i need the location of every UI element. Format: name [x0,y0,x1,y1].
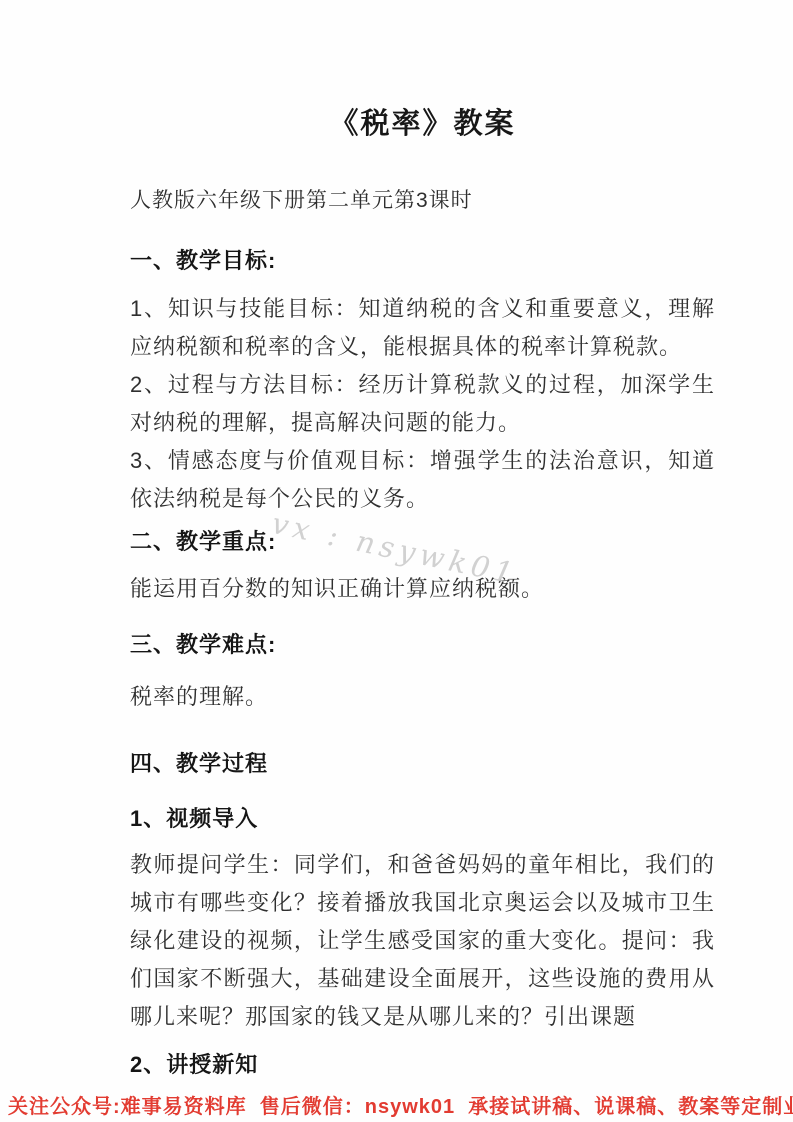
footer-promo-text: 关注公众号:难事易资料库 售后微信：nsywk01 承接试讲稿、说课稿、教案等定… [8,1095,793,1119]
paragraph-difficult-point: 税率的理解。 [130,678,715,716]
step-heading-new-knowledge: 2、讲授新知 [130,1052,715,1078]
paragraph-objective-knowledge-skill: 1、知识与技能目标：知道纳税的含义和重要意义，理解应纳税额和税率的含义，能根据具… [130,290,715,366]
step-heading-video-intro: 1、视频导入 [130,806,715,832]
paragraph-key-point: 能运用百分数的知识正确计算应纳税额。 [130,570,715,608]
paragraph-video-intro: 教师提问学生：同学们，和爸爸妈妈的童年相比，我们的城市有哪些变化？接着播放我国北… [130,846,715,1036]
paragraph-objective-process-method: 2、过程与方法目标：经历计算税款义的过程，加深学生对纳税的理解，提高解决问题的能… [130,366,715,442]
document-page: vx : nsywk01 《税率》教案 人教版六年级下册第二单元第3课时 一、教… [0,0,793,1122]
section-heading-teaching-objectives: 一、教学目标: [130,248,715,274]
page-title: 《税率》教案 [130,0,715,146]
section-heading-key-point: 二、教学重点: [130,529,715,555]
page-subtitle: 人教版六年级下册第二单元第3课时 [130,188,715,214]
paragraph-objective-emotion-value: 3、情感态度与价值观目标：增强学生的法治意识，知道依法纳税是每个公民的义务。 [130,442,715,518]
section-heading-teaching-process: 四、教学过程 [130,751,715,777]
section-heading-difficult-point: 三、教学难点: [130,632,715,658]
